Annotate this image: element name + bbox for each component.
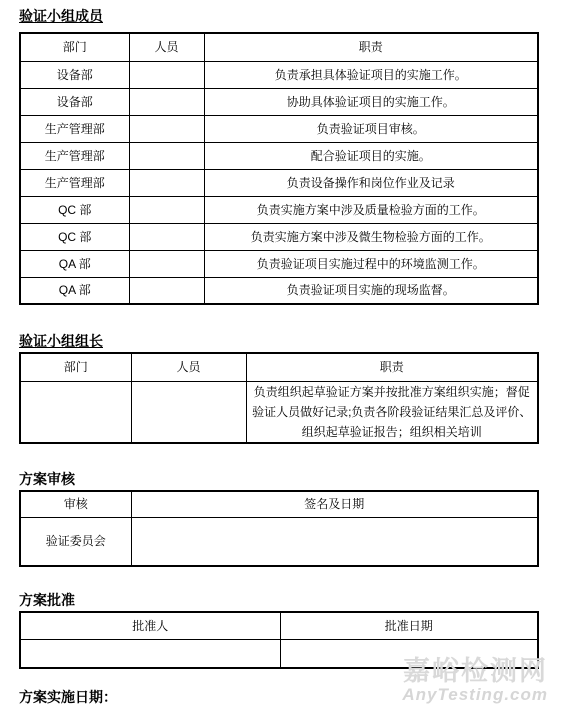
table-row: QC 部 负责实施方案中涉及微生物检验方面的工作。 [20, 223, 538, 250]
approval-header-row: 批准人 批准日期 [20, 612, 538, 640]
table-row: QC 部 负责实施方案中涉及质量检验方面的工作。 [20, 196, 538, 223]
cell-person [129, 277, 204, 304]
cell-person [129, 223, 204, 250]
cell-signature-date [131, 518, 538, 566]
cell-department: 生产管理部 [20, 169, 129, 196]
table-row: QA 部 负责验证项目实施的现场监督。 [20, 277, 538, 304]
cell-duty: 负责组织起草验证方案并按批准方案组织实施；督促验证人员做好记录;负责各阶段验证结… [246, 381, 538, 443]
cell-department: QC 部 [20, 223, 129, 250]
cell-department: 设备部 [20, 61, 129, 88]
table-row: QA 部 负责验证项目实施过程中的环境监测工作。 [20, 250, 538, 277]
cell-person [131, 381, 246, 443]
cell-duty: 负责设备操作和岗位作业及记录 [204, 169, 538, 196]
cell-duty: 负责验证项目实施的现场监督。 [204, 277, 538, 304]
approval-header-approver: 批准人 [20, 612, 280, 640]
cell-department: 生产管理部 [20, 115, 129, 142]
leader-header-duty: 职责 [246, 353, 538, 381]
review-header-row: 审核 签名及日期 [20, 491, 538, 518]
section-title-leader: 验证小组组长 [19, 333, 539, 349]
cell-department: QA 部 [20, 250, 129, 277]
leader-header-person: 人员 [131, 353, 246, 381]
cell-duty: 负责实施方案中涉及质量检验方面的工作。 [204, 196, 538, 223]
members-header-department: 部门 [20, 33, 129, 61]
leader-header-department: 部门 [20, 353, 131, 381]
leader-table: 部门 人员 职责 负责组织起草验证方案并按批准方案组织实施；督促验证人员做好记录… [19, 352, 539, 444]
table-row: 生产管理部 配合验证项目的实施。 [20, 142, 538, 169]
members-header-duty: 职责 [204, 33, 538, 61]
cell-person [129, 115, 204, 142]
review-header-signature-date: 签名及日期 [131, 491, 538, 518]
cell-duty: 负责验证项目审核。 [204, 115, 538, 142]
cell-approval-date [280, 640, 538, 668]
cell-reviewer: 验证委员会 [20, 518, 131, 566]
table-row: 设备部 协助具体验证项目的实施工作。 [20, 88, 538, 115]
cell-person [129, 88, 204, 115]
table-row: 生产管理部 负责验证项目审核。 [20, 115, 538, 142]
table-row: 生产管理部 负责设备操作和岗位作业及记录 [20, 169, 538, 196]
section-title-implementation-date: 方案实施日期： [19, 689, 539, 705]
cell-department: QA 部 [20, 277, 129, 304]
table-row: 负责组织起草验证方案并按批准方案组织实施；督促验证人员做好记录;负责各阶段验证结… [20, 381, 538, 443]
members-header-person: 人员 [129, 33, 204, 61]
section-title-review: 方案审核 [19, 471, 539, 487]
cell-person [129, 250, 204, 277]
leader-header-row: 部门 人员 职责 [20, 353, 538, 381]
cell-department: 生产管理部 [20, 142, 129, 169]
cell-person [129, 61, 204, 88]
cell-duty: 负责实施方案中涉及微生物检验方面的工作。 [204, 223, 538, 250]
cell-person [129, 196, 204, 223]
cell-department: 设备部 [20, 88, 129, 115]
members-table: 部门 人员 职责 设备部 负责承担具体验证项目的实施工作。 设备部 协助具体验证… [19, 32, 539, 305]
review-header-reviewer: 审核 [20, 491, 131, 518]
table-row: 验证委员会 [20, 518, 538, 566]
cell-duty: 协助具体验证项目的实施工作。 [204, 88, 538, 115]
cell-department: QC 部 [20, 196, 129, 223]
approval-header-date: 批准日期 [280, 612, 538, 640]
review-table: 审核 签名及日期 验证委员会 [19, 490, 539, 567]
approval-table: 批准人 批准日期 [19, 611, 539, 669]
table-row [20, 640, 538, 668]
cell-approver [20, 640, 280, 668]
cell-duty: 负责承担具体验证项目的实施工作。 [204, 61, 538, 88]
cell-department [20, 381, 131, 443]
document-page: 验证小组成员 部门 人员 职责 设备部 负责承担具体验证项目的实施工作。 设备部… [19, 0, 539, 705]
cell-duty: 负责验证项目实施过程中的环境监测工作。 [204, 250, 538, 277]
cell-person [129, 169, 204, 196]
members-header-row: 部门 人员 职责 [20, 33, 538, 61]
cell-duty: 配合验证项目的实施。 [204, 142, 538, 169]
cell-person [129, 142, 204, 169]
section-title-members: 验证小组成员 [19, 8, 539, 24]
table-row: 设备部 负责承担具体验证项目的实施工作。 [20, 61, 538, 88]
section-title-approval: 方案批准 [19, 592, 539, 608]
